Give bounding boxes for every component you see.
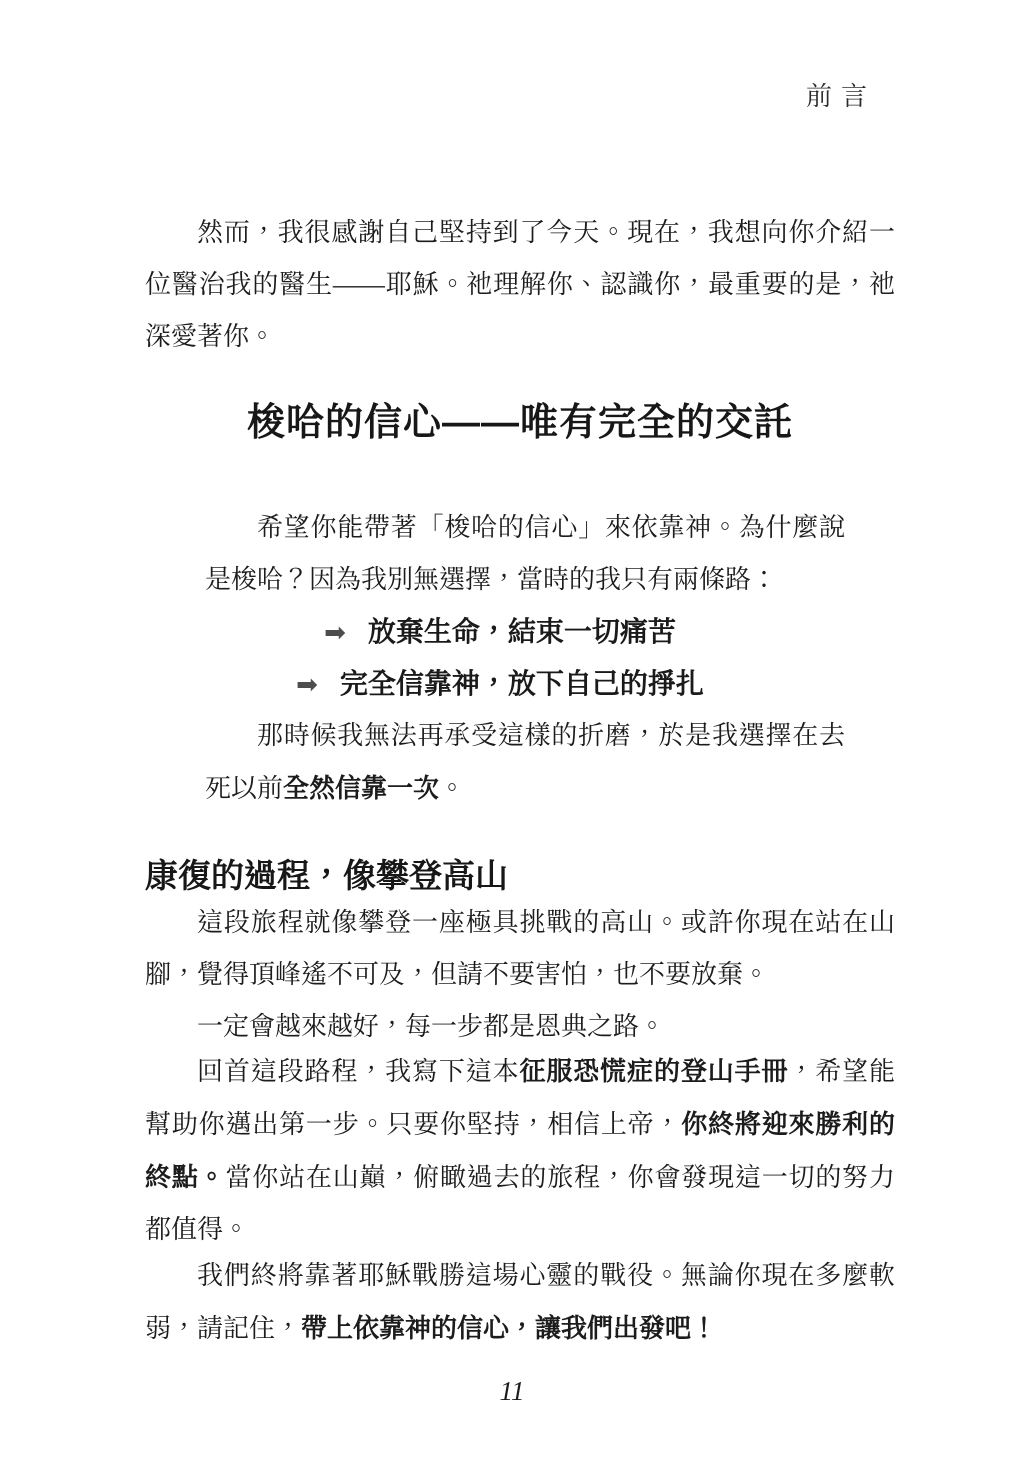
emphasis-phrase: 帶上依靠神的信心，讓我們出發吧！: [301, 1313, 717, 1343]
option-line-trust-god: ➡完全信靠神，放下自己的掙扎: [125, 658, 875, 710]
subsection-paragraph-1: 這段旅程就像攀登一座極具挑戰的高山。或許你現在站在山腳，覺得頂峰遙不可及，但請不…: [145, 897, 895, 1001]
quote-lead-paragraph: 希望你能帶著「梭哈的信心」來依靠神。為什麼說是梭哈？因為我別無選擇，當時的我只有…: [205, 502, 845, 606]
book-page: 前言 然而，我很感謝自己堅持到了今天。現在，我想向你介紹一位醫治我的醫生——耶穌…: [0, 0, 1024, 1475]
right-arrow-icon: ➡: [324, 617, 346, 647]
right-arrow-icon: ➡: [296, 669, 318, 699]
subsection-paragraph-3: 回首這段路程，我寫下這本征服恐慌症的登山手冊，希望能幫助你邁出第一步。只要你堅持…: [145, 1045, 895, 1256]
book-title-phrase: 征服恐慌症的登山手冊: [520, 1056, 789, 1086]
emphasis-phrase: 全然信靠一次: [283, 773, 439, 803]
page-number: 11: [0, 1376, 1024, 1407]
subsection-heading: 康復的過程，像攀登高山: [145, 855, 895, 897]
quote-closing-period: 。: [439, 774, 465, 803]
option-label: 放棄生命，結束一切痛苦: [368, 616, 676, 647]
intro-paragraph: 然而，我很感謝自己堅持到了今天。現在，我想向你介紹一位醫治我的醫生——耶穌。祂理…: [145, 207, 895, 363]
subsection-paragraph-4: 我們終將靠著耶穌戰勝這場心靈的戰役。無論你現在多麼軟弱，請記住，帶上依靠神的信心…: [145, 1250, 895, 1355]
option-line-give-up: ➡放棄生命，結束一切痛苦: [125, 606, 875, 658]
section-heading: 梭哈的信心——唯有完全的交託: [145, 399, 895, 447]
page-content: 然而，我很感謝自己堅持到了今天。現在，我想向你介紹一位醫治我的醫生——耶穌。祂理…: [145, 0, 895, 1355]
option-list: ➡放棄生命，結束一切痛苦 ➡完全信靠神，放下自己的掙扎: [125, 606, 875, 710]
quote-closing-paragraph: 那時候我無法再承受這樣的折磨，於是我選擇在去死以前全然信靠一次。: [205, 710, 845, 815]
paragraph-text: 當你站在山巔，俯瞰過去的旅程，你會發現這一切的努力都值得。: [145, 1163, 895, 1244]
option-label: 完全信靠神，放下自己的掙扎: [340, 668, 704, 699]
quote-block: 希望你能帶著「梭哈的信心」來依靠神。為什麼說是梭哈？因為我別無選擇，當時的我只有…: [205, 502, 845, 606]
quote-block-closing: 那時候我無法再承受這樣的折磨，於是我選擇在去死以前全然信靠一次。: [205, 710, 845, 815]
paragraph-text: 回首這段路程，我寫下這本: [197, 1057, 520, 1086]
